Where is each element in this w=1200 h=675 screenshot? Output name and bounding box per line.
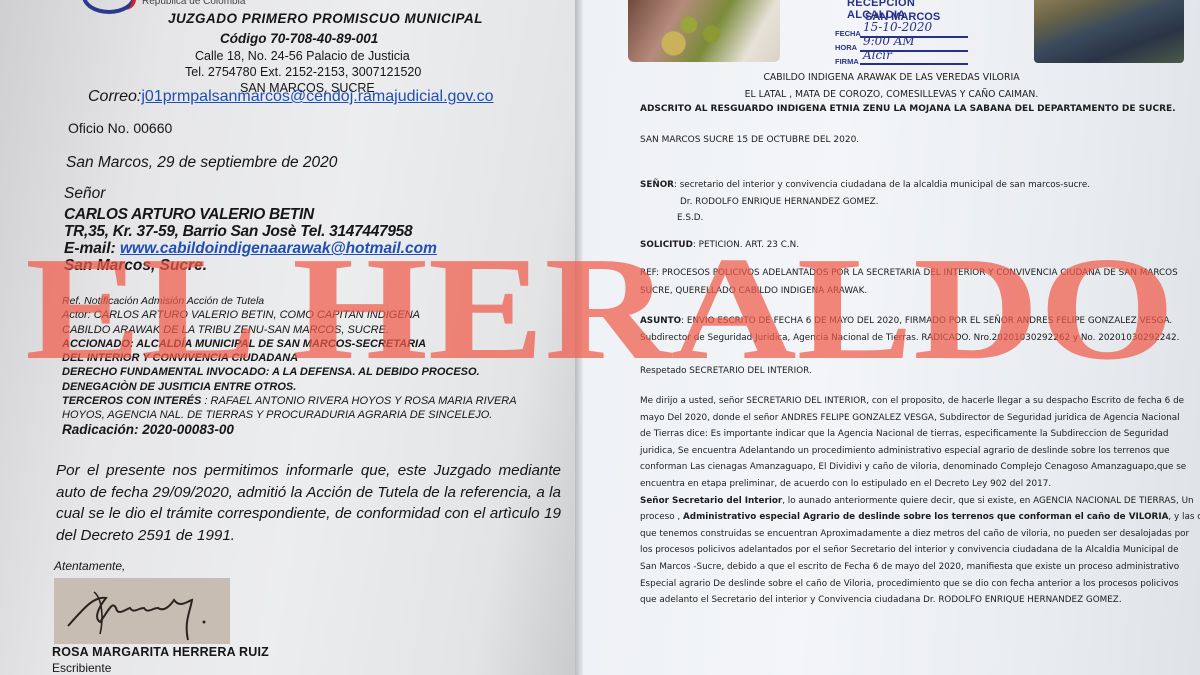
salutation: Señor (64, 185, 105, 203)
recipient-city: San Marcos, Sucre. (64, 257, 207, 275)
recipient-email-line: E-mail: www.cabildoindigenaarawak@hotmai… (64, 240, 437, 258)
court-code: Código 70-708-40-89-001 (220, 31, 378, 46)
body-line: de Tierras dice: Es importante indicar q… (640, 426, 1200, 443)
body-line: los procesos policivos adelantados por e… (640, 542, 1200, 559)
body-text: , y las casas (1168, 512, 1200, 522)
terceros-text: : RAFAEL ANTONIO RIVERA HOYOS Y ROSA MAR… (204, 395, 516, 407)
body-text: , lo aunado anteriormente quiere decir, … (782, 496, 1193, 506)
body-line: conforman Las cienagas Amanzaguapo, El D… (640, 459, 1200, 476)
body-line: Señor Secretario del Interior, lo aunado… (640, 493, 1200, 510)
recipient-name: CARLOS ARTURO VALERIO BETIN (64, 206, 314, 224)
court-name: JUZGADO PRIMERO PROMISCUO MUNICIPAL (168, 11, 483, 26)
addressee-line: SEÑOR: secretario del interior y convive… (640, 180, 1090, 190)
body-line: mayo Del 2020, donde el señor ANDRES FEL… (640, 410, 1200, 427)
signer-name: ROSA MARGARITA HERRERA RUIZ (52, 645, 269, 659)
letter-body: Me dirijo a usted, señor SECRETARIO DEL … (640, 393, 1200, 609)
asunto-line-2: Subdirector de Seguridad Juridica, Agenc… (640, 333, 1179, 343)
reception-stamp: RECEPCION ALCALDIA SAN MARCOS FECHA 15-1… (835, 0, 975, 70)
addressee-name: Dr. RODOLFO ENRIQUE HERNANDEZ GOMEZ. (680, 197, 878, 207)
stamp-fecha-label: FECHA (835, 29, 861, 38)
accionado-line: ACCIONADO: ALCALDÍA MUNICIPAL DE SAN MAR… (62, 337, 517, 351)
solicitud-label: SOLICITUD (640, 240, 693, 250)
org-line-3: ADSCRITO AL RESGUARDO INDIGENA ETNIA ZEN… (640, 104, 1176, 114)
radicacion-number: Radicación: 2020-00083-00 (62, 423, 517, 437)
body-line: proceso , Administrativo especial Agrari… (640, 509, 1200, 526)
court-phone: Tel. 2754780 Ext. 2152-2153, 3007121520 (185, 65, 421, 79)
colombia-crest-icon (82, 0, 136, 14)
closing: Atentamente, (54, 559, 125, 573)
accionado-line: DEL INTERIOR Y CONVIVENCIA CIUDADANA (62, 351, 517, 365)
letter-date: San Marcos, 29 de septiembre de 2020 (66, 154, 337, 172)
reference-block: Ref. Notificación Admisión Acción de Tut… (62, 294, 517, 437)
recipient-email-link[interactable]: www.cabildoindigenaarawak@hotmail.com (120, 240, 437, 257)
court-notification-document: República de Colombia JUZGADO PRIMERO PR… (0, 0, 575, 675)
letter-date-right: SAN MARCOS SUCRE 15 DE OCTUBRE DEL 2020. (640, 135, 859, 145)
court-address: Calle 18, No. 24-56 Palacio de Justicia (195, 49, 410, 63)
stamp-firma-value: Alcir (863, 48, 892, 62)
stamp-fecha-value: 15-10-2020 (863, 20, 932, 34)
body-bold: Señor Secretario del Interior (640, 496, 782, 506)
terceros-label: TERCEROS CON INTERÉS (62, 395, 201, 407)
recipient-address: TR,35, Kr. 37-59, Barrio San Josè Tel. 3… (64, 223, 412, 241)
court-email-link[interactable]: j01prmpalsanmarcos@cendoj.ramajudicial.g… (141, 88, 493, 105)
actor-line: Actor: CARLOS ARTURO VALERIO BETIN, COMO… (62, 308, 517, 322)
solicitud-text: : PETICION. ART. 23 C.N. (693, 240, 799, 250)
signature-icon (54, 578, 230, 644)
body-line: Especial agrario De deslinde sobre el ca… (640, 576, 1200, 593)
page-gap (575, 0, 583, 675)
landscape-photo (1034, 0, 1184, 63)
email-label: Correo: (88, 88, 141, 105)
stamp-firma-label: FIRMA (835, 57, 859, 66)
derecho-line: DENEGACIÒN DE JUSITICIA ENTRE OTROS. (62, 380, 517, 394)
signature-image (54, 578, 230, 644)
body-line: juridica, Se encuentra Adelantando un pr… (640, 443, 1200, 460)
recipient-email-label: E-mail: (64, 240, 116, 257)
actor-line: CABILDO ARAWAK DE LA TRIBU ZENU-SAN MARC… (62, 323, 517, 337)
ref-text: : PROCESOS POLICIVOS ADELANTADOS POR LA … (656, 268, 1178, 278)
terceros-line: TERCEROS CON INTERÉS : RAFAEL ANTONIO RI… (62, 394, 517, 408)
body-line: que adelanto el Secretario del interior … (640, 592, 1200, 609)
asunto-text: : ENVIO ESCRITO DE FECHA 6 DE MAYO DEL 2… (681, 316, 1172, 326)
fruit-photo (628, 0, 780, 62)
org-line-2: EL LATAL , MATA DE COROZO, COMESILLEVAS … (583, 89, 1200, 100)
reference-title: Ref. Notificación Admisión Acción de Tut… (62, 294, 517, 308)
body-bold: Administrativo especial Agrario de desli… (683, 512, 1168, 522)
body-line: Me dirijo a usted, señor SECRETARIO DEL … (640, 393, 1200, 410)
ref-label: REF (640, 268, 656, 278)
stamp-hora-label: HORA (835, 43, 857, 52)
oficio-number: Oficio No. 00660 (68, 120, 172, 136)
asunto-label: ASUNTO (640, 316, 681, 326)
asunto-line: ASUNTO: ENVIO ESCRITO DE FECHA 6 DE MAYO… (640, 316, 1172, 326)
ref-line: REF: PROCESOS POLICIVOS ADELANTADOS POR … (640, 268, 1178, 278)
body-line: que tenemos construidas se encuentran Ap… (640, 526, 1200, 543)
solicitud-line: SOLICITUD: PETICION. ART. 23 C.N. (640, 240, 799, 250)
ref-line-2: SUCRE, QUERELLADO CABILDO INDIGENA ARAWA… (640, 286, 867, 296)
terceros-line: HOYOS, AGENCIA NAL. DE TIERRAS Y PROCURA… (62, 408, 517, 422)
notification-body: Por el presente nos permitimos informarl… (56, 460, 561, 546)
signer-role: Escribiente (52, 661, 111, 675)
stamp-hora-value: 9:00 AM (863, 34, 915, 48)
crest-caption: República de Colombia (142, 0, 245, 7)
greeting: Respetado SECRETARIO DEL INTERIOR. (640, 366, 812, 376)
stamp-rule (860, 63, 968, 65)
court-email-line: Correo:j01prmpalsanmarcos@cendoj.ramajud… (88, 88, 493, 106)
derecho-line: DERECHO FUNDAMENTAL INVOCADO: A LA DEFEN… (62, 365, 517, 379)
esd: E.S.D. (677, 213, 703, 223)
body-text: proceso , (640, 512, 683, 522)
org-line-1: CABILDO INDIGENA ARAWAK DE LAS VEREDAS V… (583, 72, 1200, 83)
body-line: encuentra en etapa preliminar, de acuerd… (640, 476, 1200, 493)
body-line: San Marcos -Sucre, debido a que el escri… (640, 559, 1200, 576)
senor-label: SEÑOR (640, 180, 674, 190)
senor-text: : secretario del interior y convivencia … (674, 180, 1090, 190)
